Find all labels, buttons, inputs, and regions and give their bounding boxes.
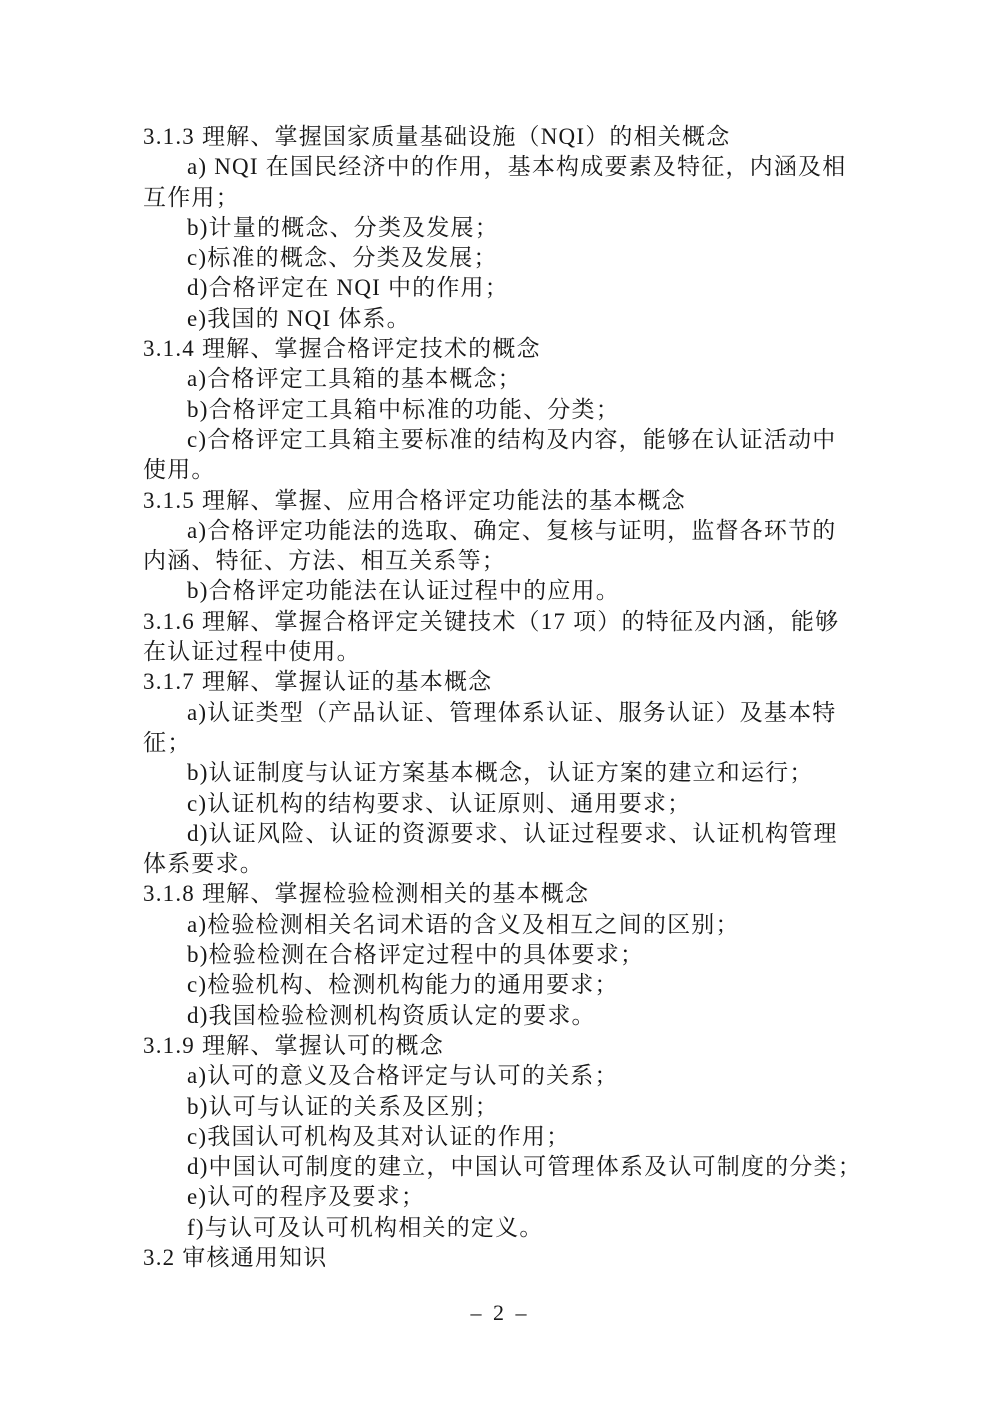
- document-line: a)检验检测相关名词术语的含义及相互之间的区别；: [143, 910, 888, 940]
- document-line: d)中国认可制度的建立，中国认可管理体系及认可制度的分类；: [143, 1152, 888, 1182]
- document-line: 使用。: [143, 455, 888, 485]
- document-line: 3.1.8 理解、掌握检验检测相关的基本概念: [143, 879, 888, 909]
- document-line: 在认证过程中使用。: [143, 637, 888, 667]
- document-line: d)合格评定在 NQI 中的作用；: [143, 273, 888, 303]
- document-line: c)合格评定工具箱主要标准的结构及内容，能够在认证活动中: [143, 425, 888, 455]
- document-line: 3.1.4 理解、掌握合格评定技术的概念: [143, 334, 888, 364]
- document-line: b)合格评定功能法在认证过程中的应用。: [143, 576, 888, 606]
- document-line: b)认证制度与认证方案基本概念，认证方案的建立和运行；: [143, 758, 888, 788]
- document-line: b)检验检测在合格评定过程中的具体要求；: [143, 940, 888, 970]
- document-line: f)与认可及认可机构相关的定义。: [143, 1213, 888, 1243]
- document-line: d)我国检验检测机构资质认定的要求。: [143, 1001, 888, 1031]
- document-line: 3.2 审核通用知识: [143, 1243, 888, 1273]
- document-line: c)我国认可机构及其对认证的作用；: [143, 1122, 888, 1152]
- document-line: e)认可的程序及要求；: [143, 1182, 888, 1212]
- document-line: 内涵、特征、方法、相互关系等；: [143, 546, 888, 576]
- document-line: c)标准的概念、分类及发展；: [143, 243, 888, 273]
- document-line: 互作用；: [143, 183, 888, 213]
- document-line: a) NQI 在国民经济中的作用，基本构成要素及特征，内涵及相: [143, 152, 888, 182]
- document-line: 3.1.7 理解、掌握认证的基本概念: [143, 667, 888, 697]
- document-line: 3.1.3 理解、掌握国家质量基础设施（NQI）的相关概念: [143, 122, 888, 152]
- document-line: a)认证类型（产品认证、管理体系认证、服务认证）及基本特: [143, 698, 888, 728]
- document-line: b)认可与认证的关系及区别；: [143, 1092, 888, 1122]
- document-line: b)计量的概念、分类及发展；: [143, 213, 888, 243]
- document-line: a)合格评定工具箱的基本概念；: [143, 364, 888, 394]
- document-line: 3.1.9 理解、掌握认可的概念: [143, 1031, 888, 1061]
- document-line: c)检验机构、检测机构能力的通用要求；: [143, 970, 888, 1000]
- document-body: 3.1.3 理解、掌握国家质量基础设施（NQI）的相关概念a) NQI 在国民经…: [143, 122, 888, 1273]
- document-line: b)合格评定工具箱中标准的功能、分类；: [143, 395, 888, 425]
- document-line: d)认证风险、认证的资源要求、认证过程要求、认证机构管理: [143, 819, 888, 849]
- document-line: 征；: [143, 728, 888, 758]
- page-number: – 2 –: [471, 1300, 530, 1325]
- document-line: a)认可的意义及合格评定与认可的关系；: [143, 1061, 888, 1091]
- document-line: a)合格评定功能法的选取、确定、复核与证明，监督各环节的: [143, 516, 888, 546]
- document-page: 3.1.3 理解、掌握国家质量基础设施（NQI）的相关概念a) NQI 在国民经…: [0, 0, 1000, 1414]
- document-line: c)认证机构的结构要求、认证原则、通用要求；: [143, 789, 888, 819]
- page-footer: – 2 –: [0, 1300, 1000, 1326]
- document-line: 体系要求。: [143, 849, 888, 879]
- document-line: e)我国的 NQI 体系。: [143, 304, 888, 334]
- document-line: 3.1.6 理解、掌握合格评定关键技术（17 项）的特征及内涵，能够: [143, 607, 888, 637]
- document-line: 3.1.5 理解、掌握、应用合格评定功能法的基本概念: [143, 486, 888, 516]
